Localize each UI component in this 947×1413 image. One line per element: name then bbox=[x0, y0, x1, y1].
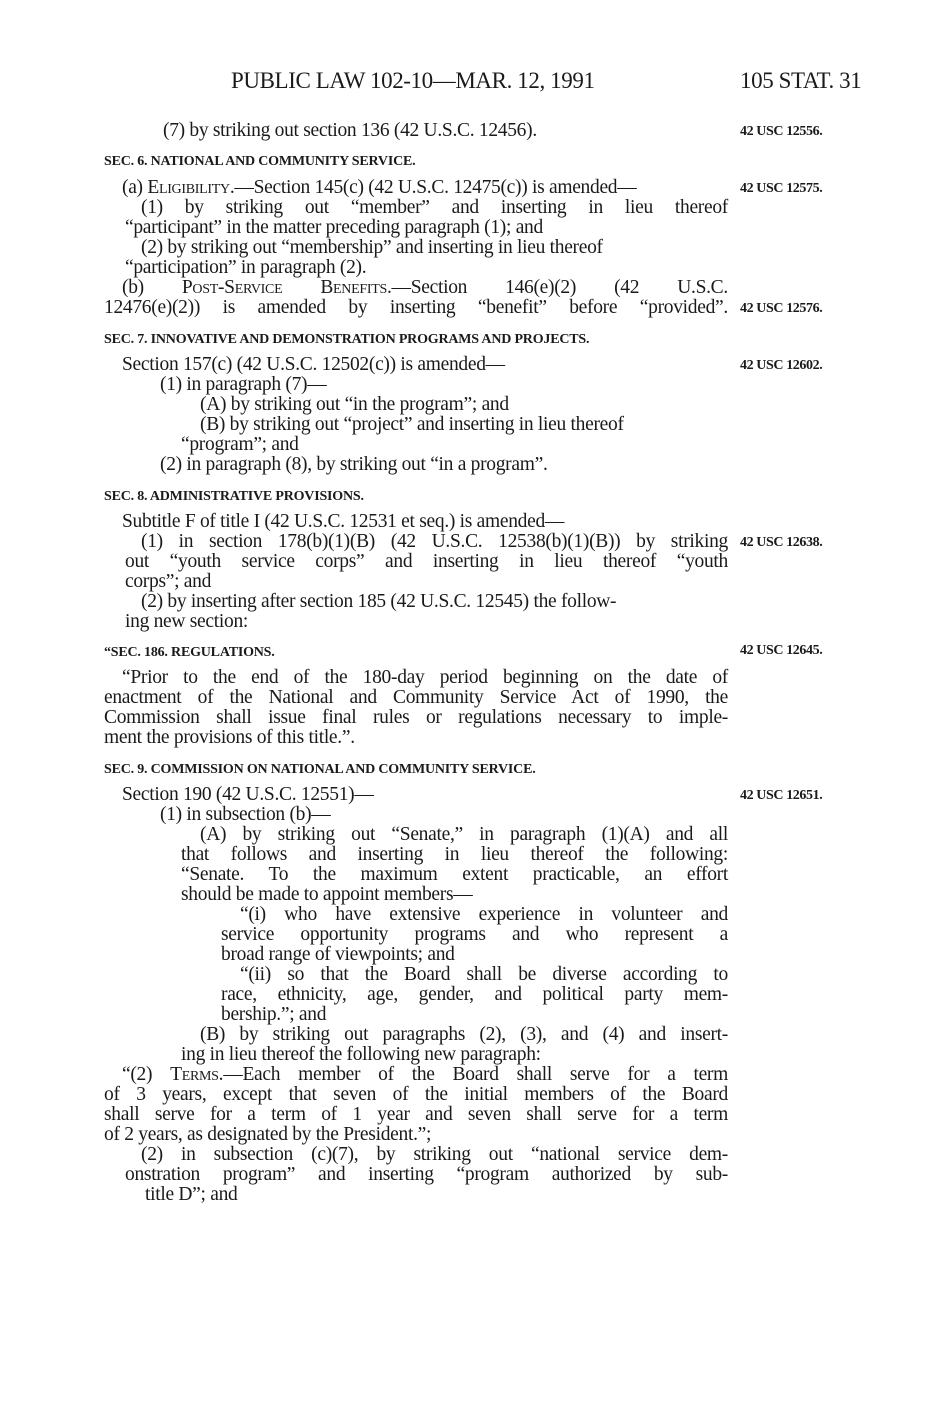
paragraph-line: should be made to appoint members— bbox=[181, 885, 472, 905]
text-run: (a) bbox=[122, 177, 147, 198]
paragraph-line: service opportunity programs and who rep… bbox=[221, 925, 728, 945]
subsection-heading: Eligibility bbox=[147, 177, 229, 198]
paragraph-line: “(ii) so that the Board shall be diverse… bbox=[240, 965, 728, 985]
page-title: PUBLIC LAW 102-10—MAR. 12, 1991 bbox=[231, 71, 595, 91]
paragraph-line: “Prior to the end of the 180-day period … bbox=[122, 668, 728, 688]
paragraph-line: (1) by striking out “member” and inserti… bbox=[141, 198, 728, 218]
margin-note: 42 USC 12645. bbox=[740, 643, 822, 659]
text-run: .—Section 146(e)(2) (42 U.S.C. bbox=[387, 277, 728, 298]
paragraph-line: (2) in subsection (c)(7), by striking ou… bbox=[141, 1145, 728, 1165]
paragraph-line: ing new section: bbox=[125, 612, 248, 632]
paragraph-line: Section 190 (42 U.S.C. 12551)— bbox=[122, 785, 374, 805]
text-run: .—Section 145(c) (42 U.S.C. 12475(c)) is… bbox=[230, 177, 637, 198]
paragraph-line: bership.”; and bbox=[221, 1005, 326, 1025]
paragraph-line: (A) by striking out “Senate,” in paragra… bbox=[200, 825, 728, 845]
paragraph-line: broad range of viewpoints; and bbox=[221, 945, 455, 965]
paragraph-line: of 2 years, as designated by the Preside… bbox=[104, 1125, 431, 1145]
paragraph-line: onstration program” and inserting “progr… bbox=[125, 1165, 728, 1185]
margin-note: 42 USC 12651. bbox=[740, 788, 822, 804]
paragraph-line: of 3 years, except that seven of the ini… bbox=[104, 1085, 728, 1105]
paragraph-line: ing in lieu thereof the following new pa… bbox=[181, 1045, 541, 1065]
section-heading: SEC. 7. INNOVATIVE AND DEMONSTRATION PRO… bbox=[104, 330, 589, 350]
paragraph-line: ment the provisions of this title.”. bbox=[104, 728, 355, 748]
paragraph-line: “(2) Terms.—Each member of the Board sha… bbox=[122, 1065, 728, 1085]
section-heading: SEC. 8. ADMINISTRATIVE PROVISIONS. bbox=[104, 487, 364, 507]
paragraph-line: 12476(e)(2)) is amended by inserting “be… bbox=[104, 298, 728, 318]
paragraph-line: “participant” in the matter preceding pa… bbox=[125, 218, 543, 238]
paragraph-line: title D”; and bbox=[145, 1185, 238, 1205]
paragraph-line: shall serve for a term of 1 year and sev… bbox=[104, 1105, 728, 1125]
subsection-heading: Terms bbox=[170, 1064, 219, 1085]
paragraph-line: enactment of the National and Community … bbox=[104, 688, 728, 708]
text-run: “(2) bbox=[122, 1064, 170, 1085]
paragraph-line: “participation” in paragraph (2). bbox=[125, 258, 366, 278]
paragraph-line: (a) Eligibility.—Section 145(c) (42 U.S.… bbox=[122, 178, 636, 198]
margin-note: 42 USC 12638. bbox=[740, 535, 822, 551]
paragraph-line: (A) by striking out “in the program”; an… bbox=[200, 395, 509, 415]
paragraph-line: “program”; and bbox=[181, 435, 299, 455]
paragraph-line: (1) in paragraph (7)— bbox=[160, 375, 326, 395]
margin-note: 42 USC 12576. bbox=[740, 301, 822, 317]
text-run: .—Each member of the Board shall serve f… bbox=[219, 1064, 728, 1085]
paragraph-line: out “youth service corps” and inserting … bbox=[125, 552, 728, 572]
paragraph-line: (2) by inserting after section 185 (42 U… bbox=[141, 592, 616, 612]
paragraph-line: “Senate. To the maximum extent practicab… bbox=[181, 865, 728, 885]
paragraph-line: “(i) who have extensive experience in vo… bbox=[240, 905, 728, 925]
section-heading: “SEC. 186. REGULATIONS. bbox=[104, 643, 275, 663]
paragraph-line: that follows and inserting in lieu there… bbox=[181, 845, 728, 865]
paragraph-line: Section 157(c) (42 U.S.C. 12502(c)) is a… bbox=[122, 355, 505, 375]
paragraph-line: (2) in paragraph (8), by striking out “i… bbox=[160, 455, 548, 475]
text-run: (b) bbox=[122, 277, 182, 298]
section-heading: SEC. 9. COMMISSION ON NATIONAL AND COMMU… bbox=[104, 760, 536, 780]
paragraph-line: Commission shall issue final rules or re… bbox=[104, 708, 728, 728]
paragraph-line: (B) by striking out “project” and insert… bbox=[200, 415, 624, 435]
paragraph-line: (1) in section 178(b)(1)(B) (42 U.S.C. 1… bbox=[141, 532, 728, 552]
margin-note: 42 USC 12602. bbox=[740, 358, 822, 374]
paragraph-line: (1) in subsection (b)— bbox=[160, 805, 331, 825]
page-stat-reference: 105 STAT. 31 bbox=[740, 71, 861, 91]
paragraph-line: (2) by striking out “membership” and ins… bbox=[141, 238, 603, 258]
paragraph-line: corps”; and bbox=[125, 572, 211, 592]
paragraph-line: (b) Post-Service Benefits.—Section 146(e… bbox=[122, 278, 728, 298]
margin-note: 42 USC 12575. bbox=[740, 181, 822, 197]
paragraph-line: (7) by striking out section 136 (42 U.S.… bbox=[163, 121, 537, 141]
paragraph-line: Subtitle F of title I (42 U.S.C. 12531 e… bbox=[122, 512, 564, 532]
subsection-heading: Post-Service Benefits bbox=[182, 277, 387, 298]
paragraph-line: race, ethnicity, age, gender, and politi… bbox=[221, 985, 728, 1005]
section-heading: SEC. 6. NATIONAL AND COMMUNITY SERVICE. bbox=[104, 152, 415, 172]
margin-note: 42 USC 12556. bbox=[740, 124, 822, 140]
paragraph-line: (B) by striking out paragraphs (2), (3),… bbox=[200, 1025, 728, 1045]
